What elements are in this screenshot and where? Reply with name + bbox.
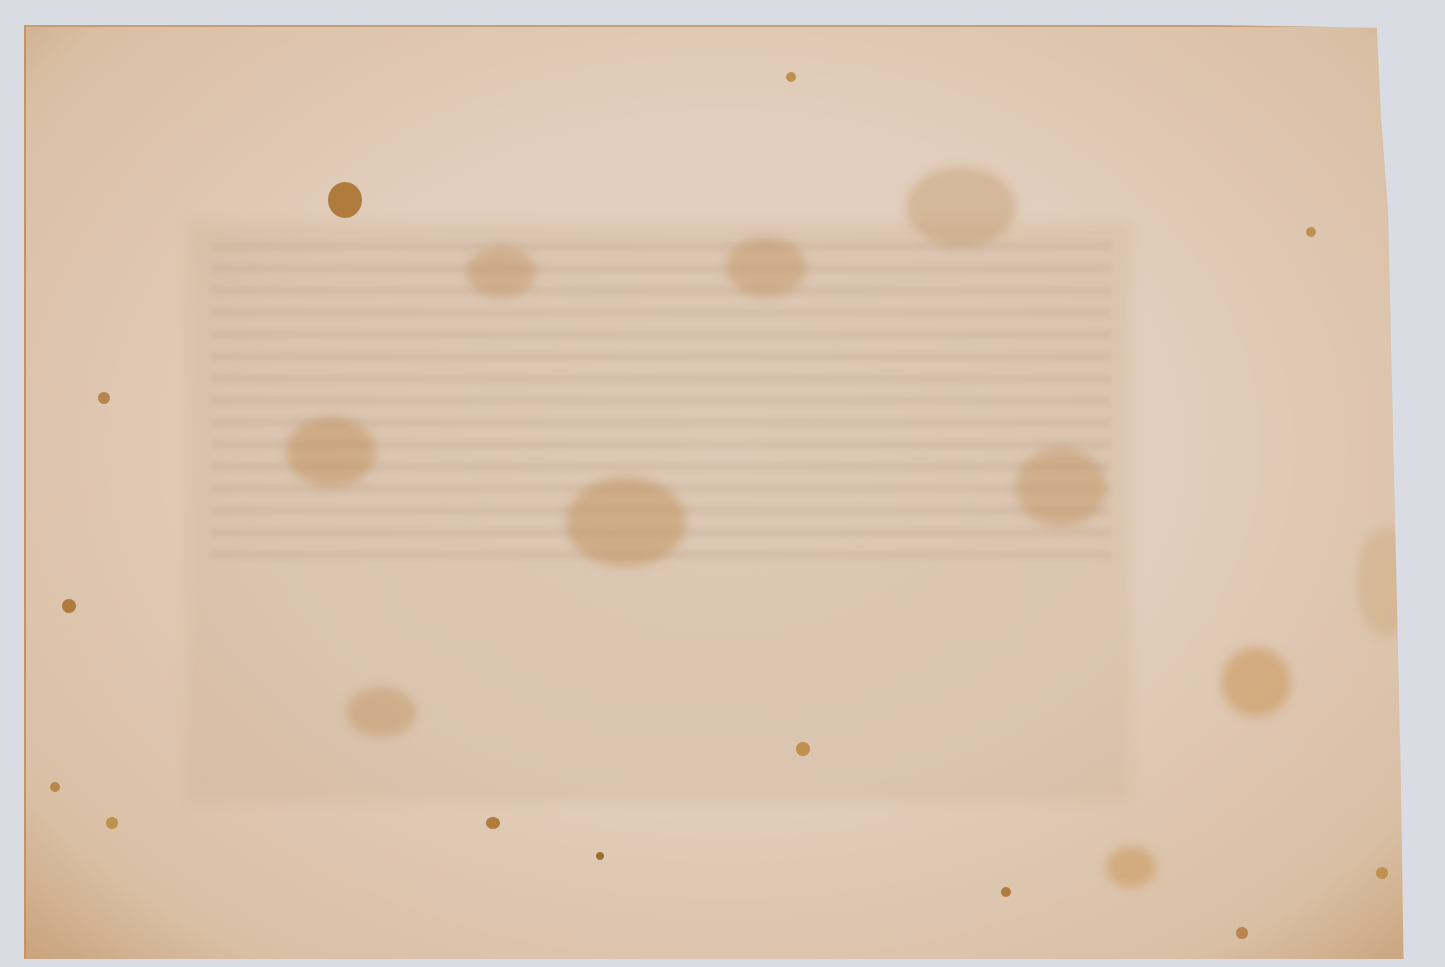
foxing-cluster bbox=[346, 687, 416, 737]
small-stain-spot bbox=[50, 782, 60, 792]
small-stain-spot bbox=[1236, 927, 1248, 939]
small-stain-spot bbox=[98, 392, 110, 404]
foxing-cluster bbox=[1106, 847, 1156, 887]
small-stain-spot bbox=[1306, 227, 1316, 237]
aged-paper-sheet bbox=[24, 25, 1426, 959]
foxing-cluster bbox=[1016, 447, 1106, 527]
small-stain-spot bbox=[1376, 867, 1388, 879]
small-stain-spot bbox=[1001, 887, 1011, 897]
foxing-cluster bbox=[726, 237, 806, 297]
small-stain-spot bbox=[786, 72, 796, 82]
foxing-cluster bbox=[1221, 647, 1291, 717]
foxing-cluster bbox=[1356, 527, 1416, 637]
large-stain-spot bbox=[328, 182, 362, 218]
small-stain-spot bbox=[62, 599, 76, 613]
small-stain-spot bbox=[486, 817, 500, 829]
foxing-cluster bbox=[566, 477, 686, 567]
small-stain-spot bbox=[796, 742, 810, 756]
foxing-cluster bbox=[466, 247, 536, 297]
small-stain-spot bbox=[106, 817, 118, 829]
small-stain-spot bbox=[596, 852, 604, 860]
foxing-cluster bbox=[286, 417, 376, 487]
foxing-cluster bbox=[906, 167, 1016, 247]
